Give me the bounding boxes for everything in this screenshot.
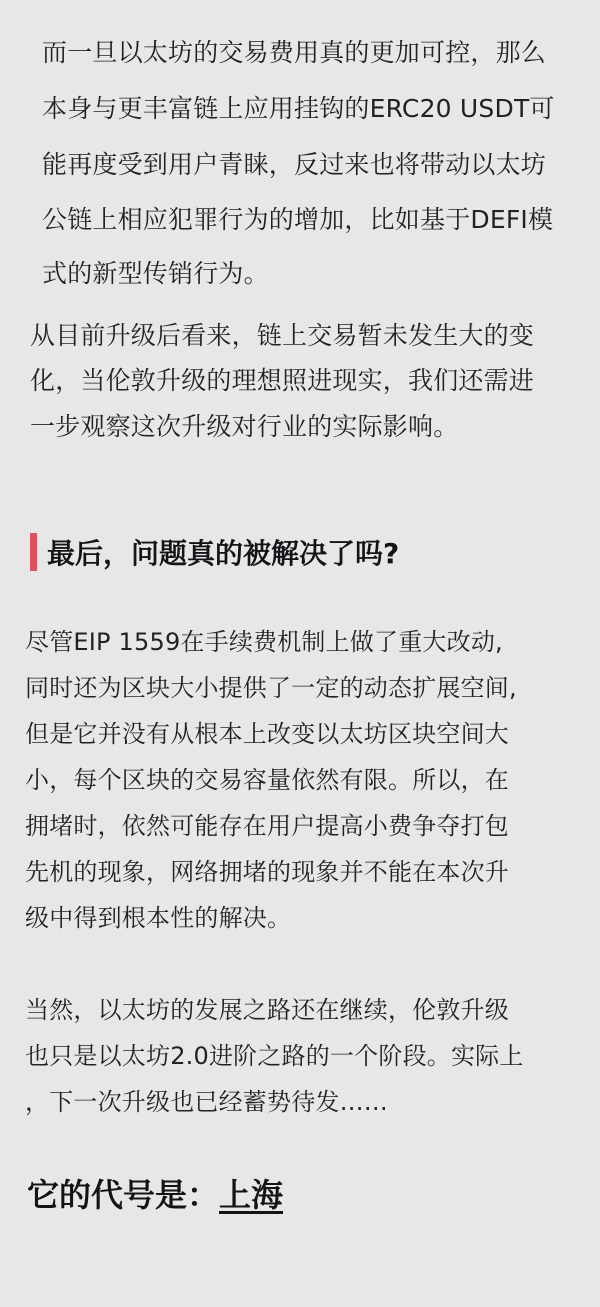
text-line: 一步观察这次升级对行业的实际影响。 [30,407,458,443]
codename-shanghai: 上海 [219,1176,283,1214]
text-line: 但是它并没有从根本上改变以太坊区块空间大 [25,714,509,749]
text-line: 当然，以太坊的发展之路还在继续，伦敦升级 [25,990,509,1025]
closing-heading-prefix: 它的代号是： [27,1176,219,1214]
text-line: 小，每个区块的交易容量依然有限。所以，在 [25,760,509,795]
text-line: 也只是以太坊2.0进阶之路的一个阶段。实际上 [25,1036,524,1071]
text-line: 式的新型传销行为。 [42,254,269,290]
section-heading: 最后，问题真的被解决了吗? [30,530,399,574]
closing-heading: 它的代号是：上海 [27,1170,283,1216]
text-line: 从目前升级后看来，链上交易暂未发生大的变 [30,316,534,352]
text-line: 尽管EIP 1559在手续费机制上做了重大改动, [25,622,503,657]
text-line: 能再度受到用户青睐，反过来也将带动以太坊 [42,145,546,181]
text-line: 而一旦以太坊的交易费用真的更加可控，那么 [42,33,546,69]
text-line: 同时还为区块大小提供了一定的动态扩展空间, [25,668,517,703]
text-line: 本身与更丰富链上应用挂钩的ERC20 USDT可 [42,89,555,125]
text-line: 先机的现象，网络拥堵的现象并不能在本次升 [25,852,509,887]
text-line: 化，当伦敦升级的理想照进现实，我们还需进 [30,361,534,397]
text-line: 级中得到根本性的解决。 [25,898,291,933]
heading-accent-bar [30,533,37,571]
text-line: ，下一次升级也已经蓄势待发…… [25,1082,388,1117]
text-line: 拥堵时，依然可能存在用户提高小费争夺打包 [25,806,509,841]
text-line: 公链上相应犯罪行为的增加，比如基于DEFI模 [42,200,553,236]
section-heading-text: 最后，问题真的被解决了吗? [47,532,399,572]
